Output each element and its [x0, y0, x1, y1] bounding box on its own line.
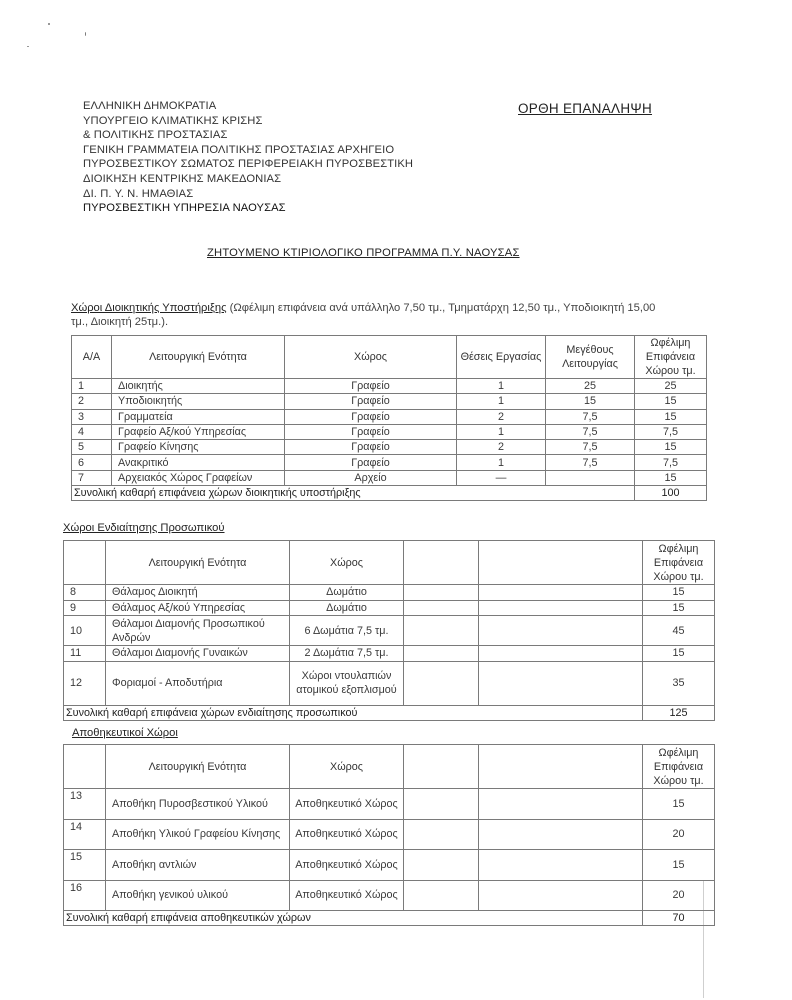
cell-aa: 3 [72, 409, 112, 424]
cell-aa: 14 [64, 819, 106, 850]
cell-area: 15 [635, 470, 707, 485]
cell-positions: 1 [457, 394, 546, 409]
table-total-row: Συνολική καθαρή επιφάνεια αποθηκευτικών … [64, 911, 715, 926]
cell-blank [404, 661, 479, 705]
cell-space: Δωμάτιο [290, 585, 404, 601]
col-header-unit: Λειτουργική Ενότητα [106, 745, 290, 789]
staff-quarters-table: Λειτουργική Ενότητα Χώρος Ωφέλιμη Επιφάν… [63, 540, 715, 721]
cell-area: 15 [635, 440, 707, 455]
cell-unit: Υποδιοικητής [112, 394, 285, 409]
table-row: 1 Διοικητής Γραφείο 1 25 25 [72, 379, 707, 394]
section1-intro: Χώροι Διοικητικής Υποστήριξης (Ωφέλιμη ε… [71, 301, 671, 330]
cell-unit: Θάλαμος Διοικητή [106, 585, 290, 601]
cell-unit: Αποθήκη γενικού υλικού [106, 880, 290, 911]
cell-space: Γραφείο [285, 440, 457, 455]
cell-area: 15 [643, 600, 715, 616]
cell-size: 15 [546, 394, 635, 409]
col-header-space: Χώρος [290, 745, 404, 789]
correction-stamp: ΟΡΘΗ ΕΠΑΝΑΛΗΨΗ [518, 101, 652, 116]
scan-speck [27, 46, 29, 47]
cell-aa: 16 [64, 880, 106, 911]
cell-aa: 9 [64, 600, 106, 616]
cell-unit: Θάλαμοι Διαμονής Γυναικών [106, 646, 290, 662]
header-line: & ΠΟΛΙΤΙΚΗΣ ΠΡΟΣΤΑΣΙΑΣ [83, 128, 413, 143]
cell-area: 15 [643, 789, 715, 820]
cell-unit: Αποθήκη Πυροσβεστικού Υλικού [106, 789, 290, 820]
cell-area: 20 [643, 880, 715, 911]
cell-size [546, 470, 635, 485]
cell-size: 7,5 [546, 440, 635, 455]
scan-speck [48, 23, 50, 25]
cell-aa: 6 [72, 455, 112, 470]
cell-aa: 1 [72, 379, 112, 394]
cell-area: 7,5 [635, 424, 707, 439]
cell-positions: 1 [457, 424, 546, 439]
cell-positions: — [457, 470, 546, 485]
cell-aa: 5 [72, 440, 112, 455]
col-header-area: Ωφέλιμη Επιφάνεια Χώρου τμ. [643, 745, 715, 789]
cell-space: Αποθηκευτικό Χώρος [290, 819, 404, 850]
cell-unit: Αρχειακός Χώρος Γραφείων [112, 470, 285, 485]
col-header-blank [404, 541, 479, 585]
table-row: 9 Θάλαμος Αξ/κού Υπηρεσίας Δωμάτιο 15 [64, 600, 715, 616]
cell-blank [404, 850, 479, 881]
section1-heading: Χώροι Διοικητικής Υποστήριξης [71, 302, 227, 314]
cell-space: Γραφείο [285, 455, 457, 470]
cell-area: 35 [643, 661, 715, 705]
cell-area: 25 [635, 379, 707, 394]
col-header-space: Χώρος [285, 336, 457, 379]
cell-space: Αποθηκευτικό Χώρος [290, 789, 404, 820]
cell-area: 15 [635, 409, 707, 424]
table-row: 16 Αποθήκη γενικού υλικού Αποθηκευτικό Χ… [64, 880, 715, 911]
total-label: Συνολική καθαρή επιφάνεια χώρων διοικητι… [72, 486, 635, 501]
table-row: 7 Αρχειακός Χώρος Γραφείων Αρχείο — 15 [72, 470, 707, 485]
cell-space: 6 Δωμάτια 7,5 τμ. [290, 616, 404, 646]
cell-positions: 2 [457, 409, 546, 424]
cell-blank [479, 600, 643, 616]
cell-space: Γραφείο [285, 409, 457, 424]
cell-area: 7,5 [635, 455, 707, 470]
scan-speck [85, 32, 86, 36]
cell-area: 15 [643, 585, 715, 601]
cell-area: 15 [643, 646, 715, 662]
header-line: ΕΛΛΗΝΙΚΗ ΔΗΜΟΚΡΑΤΙΑ [83, 99, 413, 114]
table-row: 5 Γραφείο Κίνησης Γραφείο 2 7,5 15 [72, 440, 707, 455]
cell-blank [404, 585, 479, 601]
total-value: 125 [643, 705, 715, 721]
col-header-blank [479, 541, 643, 585]
document-title: ΖΗΤΟΥΜΕΝΟ ΚΤΙΡΙΟΛΟΓΙΚΟ ΠΡΟΓΡΑΜΜΑ Π.Υ. ΝΑ… [207, 247, 520, 259]
col-header-space: Χώρος [290, 541, 404, 585]
cell-area: 15 [643, 850, 715, 881]
header-line: ΓΕΝΙΚΗ ΓΡΑΜΜΑΤΕΙΑ ΠΟΛΙΤΙΚΗΣ ΠΡΟΣΤΑΣΙΑΣ Α… [83, 143, 413, 158]
cell-unit: Γραφείο Αξ/κού Υπηρεσίας [112, 424, 285, 439]
cell-aa: 15 [64, 850, 106, 881]
header-line: ΥΠΟΥΡΓΕΙΟ ΚΛΙΜΑΤΙΚΗΣ ΚΡΙΣΗΣ [83, 114, 413, 129]
cell-size: 7,5 [546, 424, 635, 439]
cell-blank [404, 880, 479, 911]
cell-unit: Θάλαμος Αξ/κού Υπηρεσίας [106, 600, 290, 616]
cell-aa: 8 [64, 585, 106, 601]
table-total-row: Συνολική καθαρή επιφάνεια χώρων διοικητι… [72, 486, 707, 501]
cell-unit: Αποθήκη αντλιών [106, 850, 290, 881]
total-value: 100 [635, 486, 707, 501]
col-header-area: Ωφέλιμη Επιφάνεια Χώρου τμ. [635, 336, 707, 379]
table-row: 12 Φοριαμοί - Αποδυτήρια Χώροι ντουλαπιώ… [64, 661, 715, 705]
table-header-row: Λειτουργική Ενότητα Χώρος Ωφέλιμη Επιφάν… [64, 541, 715, 585]
cell-blank [404, 616, 479, 646]
section2-heading: Χώροι Ενδιαίτησης Προσωπικού [63, 522, 225, 534]
col-header-aa: Α/Α [72, 336, 112, 379]
table-row: 11 Θάλαμοι Διαμονής Γυναικών 2 Δωμάτια 7… [64, 646, 715, 662]
col-header-size: Μεγέθους Λειτουργίας [546, 336, 635, 379]
cell-space: Γραφείο [285, 394, 457, 409]
table-row: 6 Ανακριτικό Γραφείο 1 7,5 7,5 [72, 455, 707, 470]
cell-aa: 4 [72, 424, 112, 439]
table-row: 15 Αποθήκη αντλιών Αποθηκευτικό Χώρος 15 [64, 850, 715, 881]
cell-blank [479, 585, 643, 601]
cell-space: Χώροι ντουλαπιών ατομικού εξοπλισμού [290, 661, 404, 705]
cell-aa: 13 [64, 789, 106, 820]
col-header-aa [64, 745, 106, 789]
cell-blank [404, 600, 479, 616]
cell-blank [479, 850, 643, 881]
cell-aa: 2 [72, 394, 112, 409]
cell-unit: Φοριαμοί - Αποδυτήρια [106, 661, 290, 705]
cell-space: Γραφείο [285, 379, 457, 394]
cell-blank [479, 819, 643, 850]
table-row: 8 Θάλαμος Διοικητή Δωμάτιο 15 [64, 585, 715, 601]
section3-heading: Αποθηκευτικοί Χώροι [72, 727, 178, 739]
cell-aa: 7 [72, 470, 112, 485]
cell-blank [404, 646, 479, 662]
cell-space: Αρχείο [285, 470, 457, 485]
header-line: ΠΥΡΟΣΒΕΣΤΙΚΟΥ ΣΩΜΑΤΟΣ ΠΕΡΙΦΕΡΕΙΑΚΗ ΠΥΡΟΣ… [83, 157, 413, 172]
cell-area: 20 [643, 819, 715, 850]
total-label: Συνολική καθαρή επιφάνεια χώρων ενδιαίτη… [64, 705, 643, 721]
table-header-row: Α/Α Λειτουργική Ενότητα Χώρος Θέσεις Εργ… [72, 336, 707, 379]
cell-size: 25 [546, 379, 635, 394]
admin-support-table: Α/Α Λειτουργική Ενότητα Χώρος Θέσεις Εργ… [71, 335, 707, 501]
cell-unit: Ανακριτικό [112, 455, 285, 470]
header-line: ΠΥΡΟΣΒΕΣΤΙΚΗ ΥΠΗΡΕΣΙΑ ΝΑΟΥΣΑΣ [83, 201, 413, 216]
cell-blank [479, 616, 643, 646]
cell-unit: Διοικητής [112, 379, 285, 394]
cell-blank [479, 789, 643, 820]
cell-space: Αποθηκευτικό Χώρος [290, 880, 404, 911]
cell-area: 15 [635, 394, 707, 409]
cell-size: 7,5 [546, 409, 635, 424]
storage-spaces-table: Λειτουργική Ενότητα Χώρος Ωφέλιμη Επιφάν… [63, 744, 715, 926]
cell-unit: Αποθήκη Υλικού Γραφείου Κίνησης [106, 819, 290, 850]
col-header-unit: Λειτουργική Ενότητα [106, 541, 290, 585]
cell-blank [404, 819, 479, 850]
header-line: ΔΙΟΙΚΗΣΗ ΚΕΝΤΡΙΚΗΣ ΜΑΚΕΔΟΝΙΑΣ [83, 172, 413, 187]
cell-unit: Γραφείο Κίνησης [112, 440, 285, 455]
cell-aa: 12 [64, 661, 106, 705]
cell-space: 2 Δωμάτια 7,5 τμ. [290, 646, 404, 662]
cell-unit: Γραμματεία [112, 409, 285, 424]
cell-blank [479, 646, 643, 662]
total-value: 70 [643, 911, 715, 926]
cell-area: 45 [643, 616, 715, 646]
table-row: 10 Θάλαμοι Διαμονής Προσωπικού Ανδρών 6 … [64, 616, 715, 646]
total-label: Συνολική καθαρή επιφάνεια αποθηκευτικών … [64, 911, 643, 926]
cell-blank [479, 661, 643, 705]
col-header-area: Ωφέλιμη Επιφάνεια Χώρου τμ. [643, 541, 715, 585]
cell-blank [479, 880, 643, 911]
table-header-row: Λειτουργική Ενότητα Χώρος Ωφέλιμη Επιφάν… [64, 745, 715, 789]
table-row: 13 Αποθήκη Πυροσβεστικού Υλικού Αποθηκευ… [64, 789, 715, 820]
cell-positions: 1 [457, 379, 546, 394]
cell-aa: 11 [64, 646, 106, 662]
cell-unit: Θάλαμοι Διαμονής Προσωπικού Ανδρών [106, 616, 290, 646]
col-header-blank [404, 745, 479, 789]
cell-space: Γραφείο [285, 424, 457, 439]
table-row: 14 Αποθήκη Υλικού Γραφείου Κίνησης Αποθη… [64, 819, 715, 850]
cell-blank [404, 789, 479, 820]
cell-positions: 1 [457, 455, 546, 470]
table-total-row: Συνολική καθαρή επιφάνεια χώρων ενδιαίτη… [64, 705, 715, 721]
cell-space: Αποθηκευτικό Χώρος [290, 850, 404, 881]
col-header-positions: Θέσεις Εργασίας [457, 336, 546, 379]
header-line: ΔΙ. Π. Υ. Ν. ΗΜΑΘΙΑΣ [83, 187, 413, 202]
col-header-unit: Λειτουργική Ενότητα [112, 336, 285, 379]
table-row: 3 Γραμματεία Γραφείο 2 7,5 15 [72, 409, 707, 424]
col-header-blank [479, 745, 643, 789]
cell-positions: 2 [457, 440, 546, 455]
cell-aa: 10 [64, 616, 106, 646]
table-row: 2 Υποδιοικητής Γραφείο 1 15 15 [72, 394, 707, 409]
issuing-authority-header: ΕΛΛΗΝΙΚΗ ΔΗΜΟΚΡΑΤΙΑ ΥΠΟΥΡΓΕΙΟ ΚΛΙΜΑΤΙΚΗΣ… [83, 99, 413, 216]
table-row: 4 Γραφείο Αξ/κού Υπηρεσίας Γραφείο 1 7,5… [72, 424, 707, 439]
cell-size: 7,5 [546, 455, 635, 470]
cell-space: Δωμάτιο [290, 600, 404, 616]
col-header-aa [64, 541, 106, 585]
